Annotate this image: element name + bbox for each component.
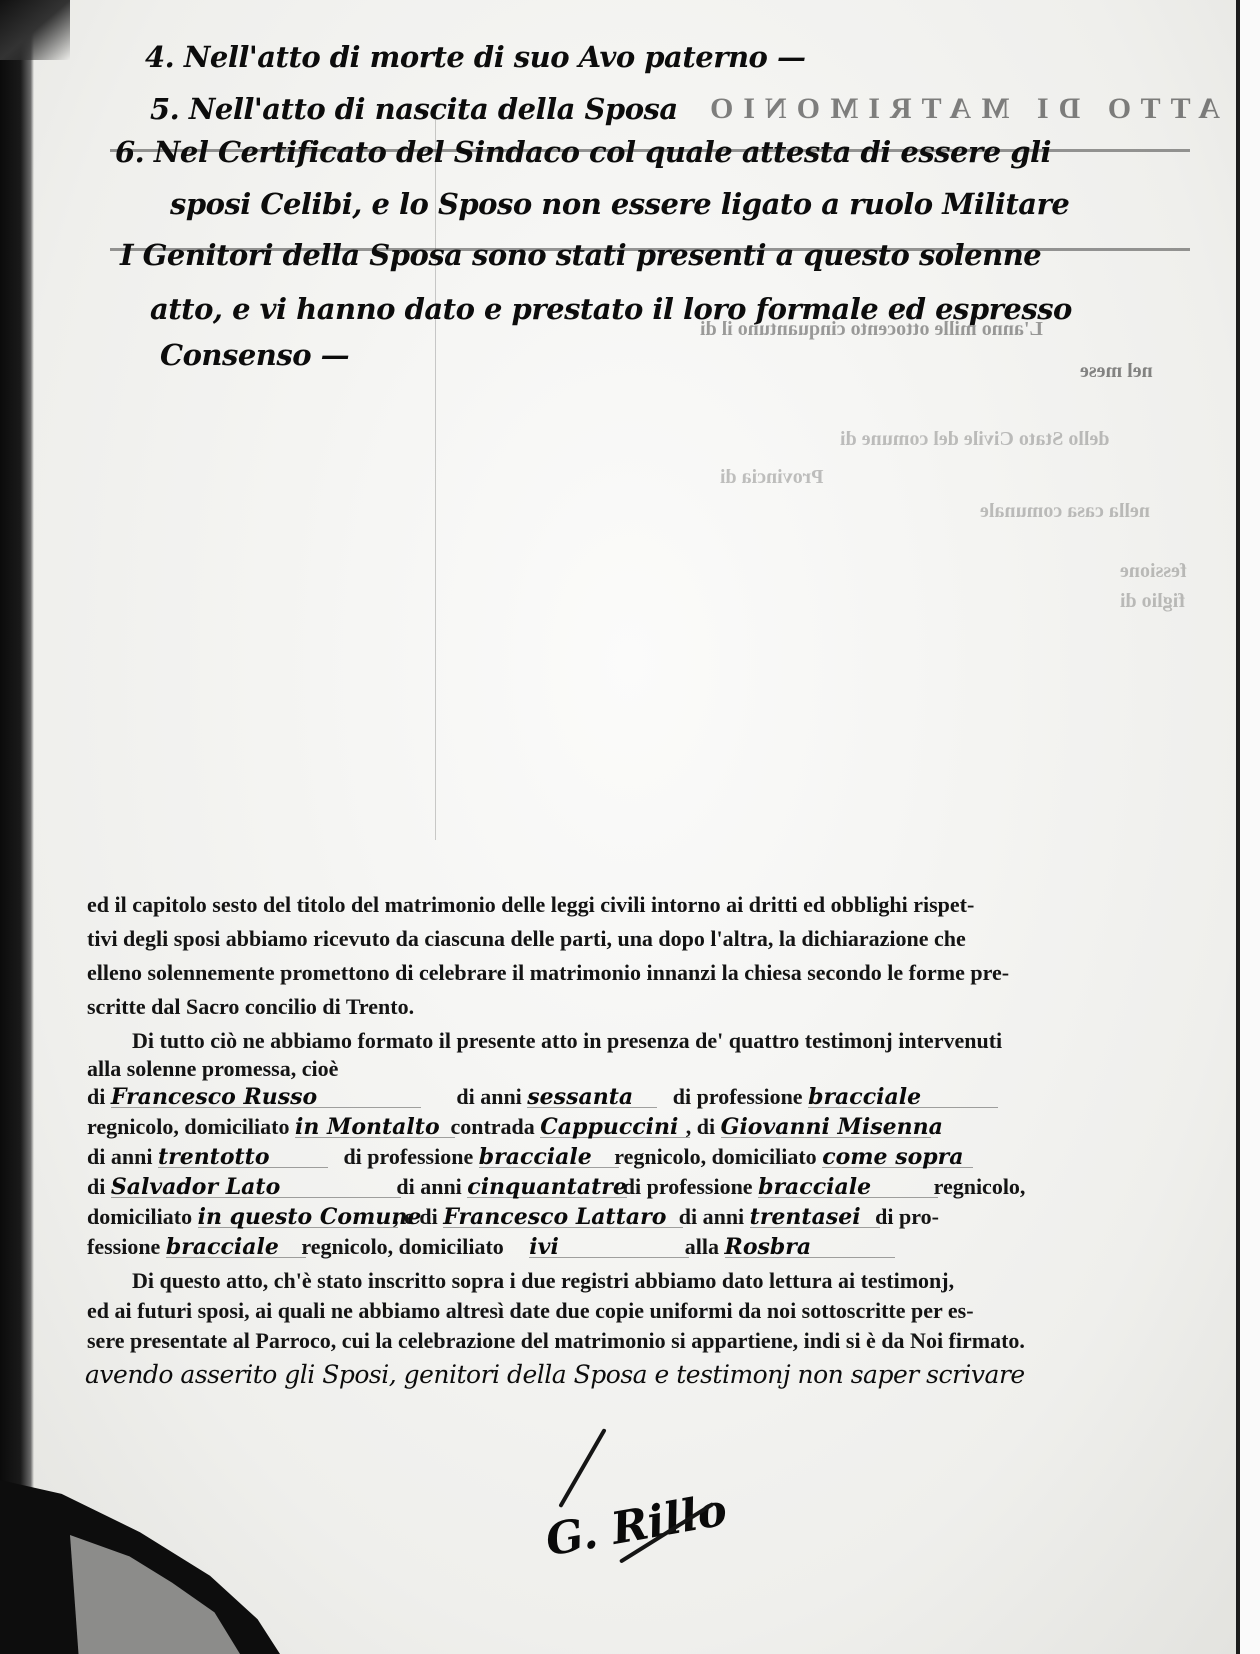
handwritten-note: 4. Nell'atto di morte di suo Avo paterno… (145, 40, 806, 74)
handwritten-note: 5. Nell'atto di nascita della Sposa (150, 92, 678, 126)
witness-1-name: Francesco Russo (111, 1080, 411, 1114)
note-text: Consenso — (160, 338, 349, 372)
note-text: Nell'atto di nascita della Sposa (189, 92, 678, 126)
witness-2-name: Giovanni Misenna (721, 1110, 921, 1144)
handwritten-addendum: avendo asserito gli Sposi, genitori dell… (85, 1360, 1025, 1389)
label: di pro- (875, 1204, 939, 1229)
witness-2-residence: come sopra (822, 1140, 963, 1174)
handwritten-note: atto, e vi hanno dato e prestato il loro… (150, 292, 1072, 326)
closing-line: sere presentate al Parroco, cui la celeb… (87, 1324, 1025, 1358)
bleed-through-line: figlio di (1120, 590, 1185, 613)
signature-stroke (558, 1428, 606, 1508)
witness-line-5: domiciliato in questo Comune , e di Fran… (87, 1200, 1197, 1234)
witness-1-profession: bracciale (808, 1080, 988, 1114)
handwritten-note: Consenso — (160, 338, 349, 372)
label: di (87, 1084, 105, 1109)
witness-4-residence: ivi (529, 1230, 679, 1264)
label: alla (685, 1234, 719, 1259)
printed-line: ed il capitolo sesto del titolo del matr… (87, 888, 974, 922)
witness-1-age: sessanta (527, 1080, 647, 1114)
label: regnicolo, domiciliato (87, 1114, 289, 1139)
bleed-through-line: dello Stato Civile del comune di (840, 428, 1109, 451)
note-text: I Genitori della Sposa sono stati presen… (120, 238, 1041, 272)
note-text: Nel Certificato del Sindaco col quale at… (154, 135, 1051, 169)
label: di anni (456, 1084, 521, 1109)
witness-4-profession: bracciale (166, 1230, 296, 1264)
witness-3-age: cinquantatre (467, 1170, 617, 1204)
witness-line-3: di anni trentotto di professione braccia… (87, 1140, 1197, 1174)
label: di professione (673, 1084, 803, 1109)
label: di professione (343, 1144, 473, 1169)
witness-line-1: di Francesco Russo di anni sessanta di p… (87, 1080, 1197, 1114)
label: di anni (396, 1174, 461, 1199)
witness-4-street: Rosbra (725, 1230, 885, 1264)
binding-shadow (0, 0, 70, 60)
label: regnicolo, domiciliato (614, 1144, 816, 1169)
label: di (87, 1174, 105, 1199)
witness-line-2: regnicolo, domiciliato in Montalto contr… (87, 1110, 1197, 1144)
binding-edge-left (0, 0, 34, 1654)
witness-3-residence: in questo Comune (198, 1200, 388, 1234)
faint-ruling (435, 120, 436, 840)
official-signature: G. Rillo (542, 1485, 731, 1567)
note-text: sposi Celibi, e lo Sposo non essere liga… (170, 187, 1069, 221)
label: fessione (87, 1234, 160, 1259)
background-beyond-page (1240, 0, 1260, 1654)
witness-3-name: Salvador Lato (111, 1170, 391, 1204)
label: di anni (679, 1204, 744, 1229)
witness-2-age: trentotto (158, 1140, 318, 1174)
printed-line: elleno solennemente promettono di celebr… (87, 956, 1009, 990)
bleed-through-line: fessione (1120, 560, 1187, 583)
printed-line: tivi degli sposi abbiamo ricevuto da cia… (87, 922, 966, 956)
handwritten-note: 6. Nel Certificato del Sindaco col quale… (115, 135, 1051, 169)
bleed-through-line: Provincia di (720, 466, 824, 489)
note-number: 6. (115, 135, 144, 169)
bleed-through-line: nel mese (1080, 360, 1153, 383)
witness-1-residence: in Montalto (295, 1110, 445, 1144)
witness-line-4: di Salvador Lato di anni cinquantatre di… (87, 1170, 1197, 1204)
label: regnicolo, (934, 1174, 1026, 1199)
handwritten-note: sposi Celibi, e lo Sposo non essere liga… (170, 187, 1069, 221)
witness-3-profession: bracciale (758, 1170, 928, 1204)
label: contrada (450, 1114, 534, 1139)
note-text: atto, e vi hanno dato e prestato il loro… (150, 292, 1072, 326)
bleed-through-line: nella casa comunale (980, 500, 1150, 523)
note-text: Nell'atto di morte di suo Avo paterno — (184, 40, 806, 74)
label: di anni (87, 1144, 152, 1169)
label: di professione (623, 1174, 753, 1199)
witness-2-profession: bracciale (479, 1140, 609, 1174)
note-number: 5. (150, 92, 179, 126)
note-number: 4. (145, 40, 174, 74)
printed-line: scritte dal Sacro concilio di Trento. (87, 990, 414, 1024)
witness-line-6: fessione bracciale regnicolo, domiciliat… (87, 1230, 1197, 1264)
witness-1-street: Cappuccini (540, 1110, 680, 1144)
handwritten-note: I Genitori della Sposa sono stati presen… (120, 238, 1041, 272)
closing-line: Di questo atto, ch'è stato inscritto sop… (132, 1264, 954, 1298)
document-page: ATTO DI MATRIMONIO L'anno mille ottocent… (0, 0, 1260, 1654)
label: , di (686, 1114, 715, 1139)
closing-line: ed ai futuri sposi, ai quali ne abbiamo … (87, 1294, 974, 1328)
witness-4-name: Francesco Lattaro (443, 1200, 673, 1234)
label: domiciliato (87, 1204, 192, 1229)
witness-4-age: trentasei (750, 1200, 870, 1234)
label: regnicolo, domiciliato (301, 1234, 503, 1259)
bleed-through-title: ATTO DI MATRIMONIO (700, 92, 1220, 126)
